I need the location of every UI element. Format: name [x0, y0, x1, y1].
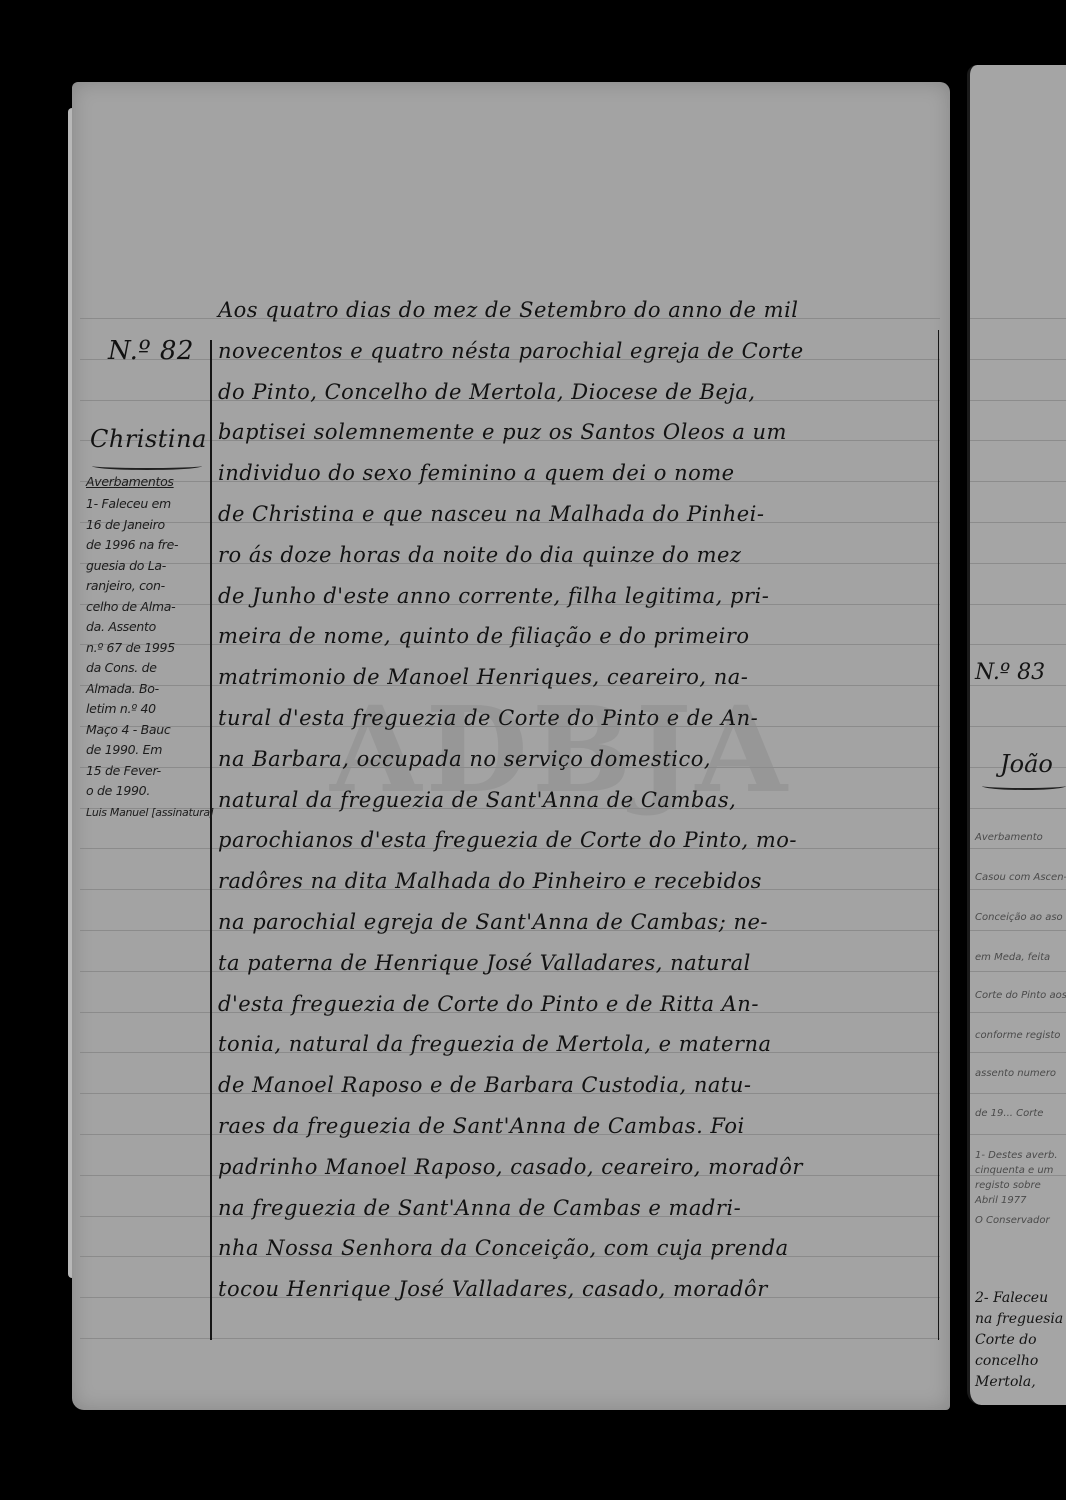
- margin-note-line: Maço 4 - Bauc: [86, 722, 170, 737]
- next-page-note-fragment: em Meda, feita: [975, 952, 1050, 963]
- next-page-ruled-line: [970, 522, 1066, 523]
- next-page-ruled-line: [970, 359, 1066, 360]
- next-page-ruled-line: [970, 440, 1066, 441]
- body-line: d'esta freguezia de Corte do Pinto e de …: [218, 992, 938, 1016]
- body-line: nha Nossa Senhora da Conceição, com cuja…: [218, 1236, 938, 1260]
- margin-note-line: n.º 67 de 1995: [86, 640, 175, 655]
- next-page-note-fragment: Abril 1977: [975, 1195, 1026, 1206]
- next-page-note-fragment: de 19... Corte: [975, 1108, 1043, 1119]
- body-line: novecentos e quatro nésta parochial egre…: [218, 339, 938, 363]
- right-column-border: [938, 330, 939, 1340]
- body-line: parochianos d'esta freguezia de Corte do…: [218, 828, 938, 852]
- next-page-ruled-line: [970, 930, 1066, 931]
- margin-note-line: 16 de Janeiro: [86, 517, 165, 532]
- next-page-ruled-line: [970, 1093, 1066, 1094]
- body-line: ro ás doze horas da noite do dia quinze …: [218, 543, 938, 567]
- next-page-bottom-note: 2- Faleceu: [975, 1290, 1048, 1306]
- next-entry-name: João: [1000, 750, 1053, 778]
- next-page-ruled-line: [970, 1052, 1066, 1053]
- body-line: de Junho d'este anno corrente, filha leg…: [218, 584, 938, 608]
- body-line: individuo do sexo feminino a quem dei o …: [218, 461, 938, 485]
- next-page-ruled-line: [970, 685, 1066, 686]
- body-line: na parochial egreja de Sant'Anna de Camb…: [218, 910, 938, 934]
- margin-note-line: letim n.º 40: [86, 701, 156, 716]
- body-line: baptisei solemnemente e puz os Santos Ol…: [218, 420, 938, 444]
- next-page-note-fragment: Corte do Pinto aos: [975, 990, 1066, 1001]
- margin-signature: Luis Manuel [assinatura]: [86, 806, 214, 819]
- body-line: tocou Henrique José Valladares, casado, …: [218, 1277, 938, 1301]
- margin-heading: Averbamentos: [86, 474, 174, 489]
- next-entry-number: N.º 83: [975, 660, 1045, 685]
- body-line: tural d'esta freguezia de Corte do Pinto…: [218, 706, 938, 730]
- body-line: tonia, natural da freguezia de Mertola, …: [218, 1032, 938, 1056]
- next-page-ruled-line: [970, 481, 1066, 482]
- body-line: na Barbara, occupada no serviço domestic…: [218, 747, 938, 771]
- next-page-ruled-line: [970, 808, 1066, 809]
- next-page-note-fragment: assento numero: [975, 1068, 1056, 1079]
- next-page-note-fragment: Casou com Ascen-: [975, 872, 1066, 883]
- next-page-ruled-line: [970, 726, 1066, 727]
- next-page-ruled-line: [970, 644, 1066, 645]
- next-page-ruled-line: [970, 971, 1066, 972]
- body-line: do Pinto, Concelho de Mertola, Diocese d…: [218, 380, 938, 404]
- body-line: meira de nome, quinto de filiação e do p…: [218, 624, 938, 648]
- next-page-note-fragment: registo sobre: [975, 1180, 1041, 1191]
- body-line: ta paterna de Henrique José Valladares, …: [218, 951, 938, 975]
- margin-note-line: da Cons. de: [86, 660, 157, 675]
- next-page-note-fragment: Conceição ao aso: [975, 912, 1063, 923]
- margin-column-divider: [210, 340, 212, 1340]
- margin-note-line: 1- Faleceu em: [86, 496, 171, 511]
- next-page-note-fragment: O Conservador: [975, 1215, 1050, 1226]
- body-line: radôres na dita Malhada do Pinheiro e re…: [218, 869, 938, 893]
- body-line: padrinho Manoel Raposo, casado, ceareiro…: [218, 1155, 938, 1179]
- next-page-bottom-note: concelho: [975, 1353, 1038, 1369]
- entry-number: N.º 82: [108, 336, 194, 366]
- next-page-ruled-line: [970, 889, 1066, 890]
- next-page-bottom-note: na freguesia: [975, 1311, 1063, 1327]
- next-page-ruled-line: [970, 563, 1066, 564]
- name-underline-flourish: [92, 462, 202, 470]
- margin-note-line: Almada. Bo-: [86, 681, 159, 696]
- body-line: Aos quatro dias do mez de Setembro do an…: [218, 298, 938, 322]
- next-page-note-fragment: Averbamento: [975, 832, 1043, 843]
- next-page-ruled-line: [970, 604, 1066, 605]
- margin-note-line: guesia do La-: [86, 558, 166, 573]
- next-page-ruled-line: [970, 848, 1066, 849]
- margin-note-line: o de 1990.: [86, 783, 150, 798]
- next-page-bottom-note: Corte do: [975, 1332, 1037, 1348]
- next-page-ruled-line: [970, 400, 1066, 401]
- body-line: raes da freguezia de Sant'Anna de Cambas…: [218, 1114, 938, 1138]
- body-line: de Manoel Raposo e de Barbara Custodia, …: [218, 1073, 938, 1097]
- next-page-ruled-line: [970, 1134, 1066, 1135]
- margin-note-line: de 1996 na fre-: [86, 537, 178, 552]
- next-page-note-fragment: 1- Destes averb.: [975, 1150, 1058, 1161]
- body-line: natural da freguezia de Sant'Anna de Cam…: [218, 788, 938, 812]
- margin-note-line: de 1990. Em: [86, 742, 162, 757]
- next-page-note-fragment: conforme registo: [975, 1030, 1060, 1041]
- margin-note-line: celho de Alma-: [86, 599, 175, 614]
- body-line: matrimonio de Manoel Henriques, ceareiro…: [218, 665, 938, 689]
- next-page-ruled-line: [970, 318, 1066, 319]
- entry-baptized-name: Christina: [90, 425, 207, 453]
- next-page-note-fragment: cinquenta e um: [975, 1165, 1053, 1176]
- margin-note-line: 15 de Fever-: [86, 763, 161, 778]
- body-line: na freguezia de Sant'Anna de Cambas e ma…: [218, 1196, 938, 1220]
- margin-note-line: da. Assento: [86, 619, 156, 634]
- next-page-ruled-line: [970, 1012, 1066, 1013]
- next-name-underline-flourish: [982, 782, 1066, 790]
- next-page-bottom-note: Mertola,: [975, 1374, 1036, 1390]
- margin-note-line: ranjeiro, con-: [86, 578, 165, 593]
- body-line: de Christina e que nasceu na Malhada do …: [218, 502, 938, 526]
- ruled-line: [80, 1338, 940, 1339]
